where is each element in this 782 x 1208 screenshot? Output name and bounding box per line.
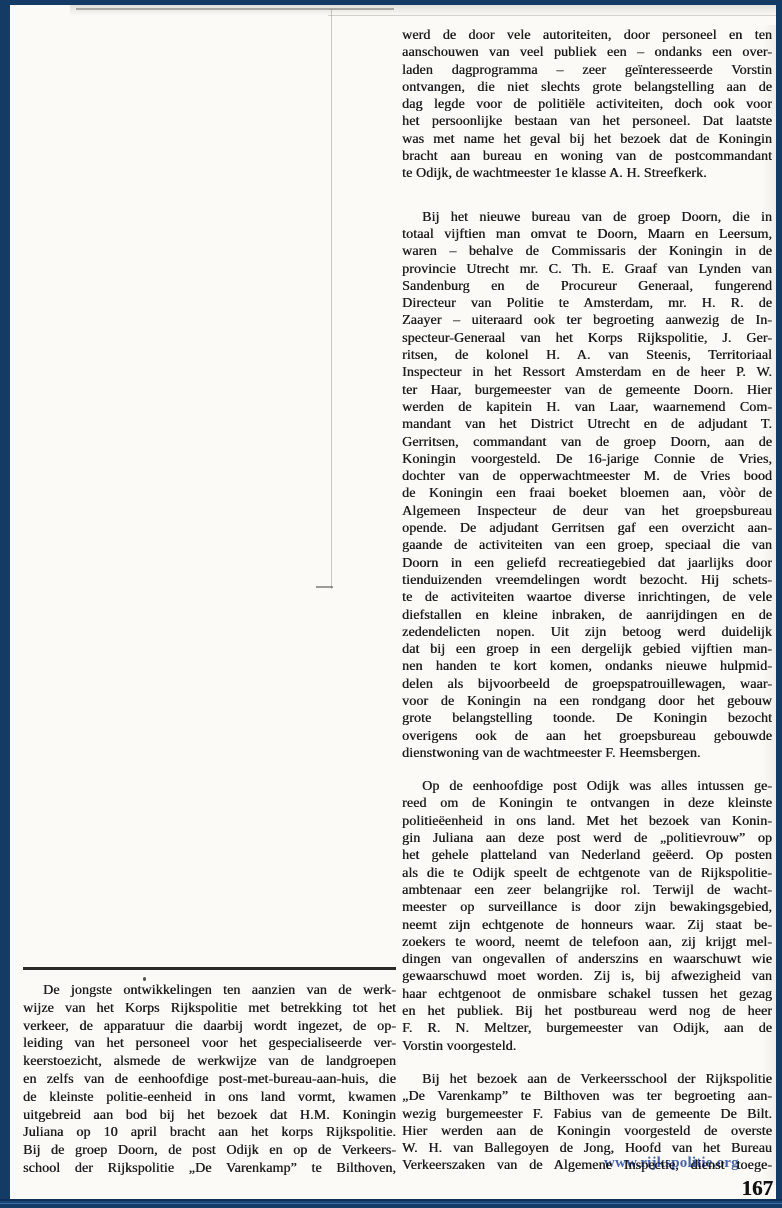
text-line: zoekers te woord, neemt de telefoon aan,… [402,934,772,951]
text-line: Juliana op 10 april bracht aan het korps… [23,1124,396,1142]
text-line: werden de kapitein H. van Laar, waarneme… [402,399,772,416]
text-line: mandant van het District Utrecht en de a… [402,416,772,433]
scan-border-left [0,0,10,1208]
text-line: De jongste ontwikkelingen ten aanzien va… [23,982,396,1000]
text-line: neemt zijn echtgenote de honneurs waar. … [402,917,772,934]
text-line: diefstallen en kleine inbraken, de aanri… [402,607,772,624]
text-line: dienstwoning van de wachtmeester F. Heem… [402,745,772,762]
text-line: meester op surveillance is door zijn bew… [402,899,772,916]
text-line: was met name het geval bij het bezoek da… [402,131,772,148]
text-line: bracht aan bureau en woning van de postc… [402,148,772,165]
text-line: en het publiek. Bij het postbureau werd … [402,1003,772,1020]
text-line: de Koningin een fraai boeket bloemen aan… [402,485,772,502]
text-line: werd de door vele autoriteiten, door per… [402,27,772,44]
scan-artifact-top-line [76,8,394,10]
text-line: Doorn in een geliefd recreatiegebied dat… [402,555,772,572]
page-number: 167 [742,1176,774,1201]
watermark: www.rijkspolitie.org [604,1155,739,1172]
text-line: nen handen te kort komen, ondanks nieuwe… [402,658,772,675]
text-line: Bij het bezoek aan de Verkeersschool der… [402,1071,772,1088]
text-line: delen als bijvoorbeeld de groepspatrouil… [402,676,772,693]
scan-artifact-step-line [328,15,776,16]
text-line: waren – behalve de Commissaris der Konin… [402,243,772,260]
text-line: gewaarschuwd moet worden. Zij is, bij af… [402,968,772,985]
text-line: ambtenaar een zeer belangrijke rol. Terw… [402,882,772,899]
text-line: het gehele platteland van Nederland geëe… [402,847,772,864]
text-line: provincie Utrecht mr. C. Th. E. Graaf va… [402,261,772,278]
text-line: Vorstin voorgesteld. [402,1038,772,1055]
text-line: Directeur van Politie te Amsterdam, mr. … [402,295,772,312]
scan-border-right [776,0,782,1208]
text-line: de kleinste politie-eenheid in ons land … [23,1089,396,1107]
paragraph: werd de door vele autoriteiten, door per… [402,27,772,183]
right-column-text: werd de door vele autoriteiten, door per… [402,27,772,1175]
text-line: haar echtgenoot de onmisbare schakel tus… [402,986,772,1003]
text-line: Inspecteur in het Ressort Amsterdam en d… [402,364,772,381]
text-line: te Odijk, de wachtmeester 1e klasse A. H… [402,165,772,182]
left-column: De jongste ontwikkelingen ten aanzien va… [23,982,396,1178]
text-line: Sandenburg en de Procureur Generaal, fun… [402,278,772,295]
text-line: school der Rijkspolitie „De Varenkamp” t… [23,1160,396,1178]
text-line: Koningin voorgesteld. De 16-jarige Conni… [402,451,772,468]
paragraph: De jongste ontwikkelingen ten aanzien va… [23,982,396,1178]
text-line: gin Juliana aan deze post werd de „polit… [402,830,772,847]
text-line: ter Haar, burgemeester van de gemeente D… [402,382,772,399]
scan-border-bottom [0,1199,782,1208]
right-column: werd de door vele autoriteiten, door per… [402,27,772,1175]
section-divider-rule [23,967,396,970]
text-line: leiding van het personeel voor het gespe… [23,1035,396,1053]
text-line: Bij het nieuwe bureau van de groep Doorn… [402,209,772,226]
text-line: het persoonlijke bestaan van het persone… [402,113,772,130]
text-line: tienduizenden vreemdelingen wordt bezoch… [402,572,772,589]
text-line: wijze van het Korps Rijkspolitie met bet… [23,1000,396,1018]
text-line: overigens ook de aan het groepsbureau ge… [402,728,772,745]
text-line: grote belangstelling toonde. De Koningin… [402,710,772,727]
text-line: ontvangen, die niet slechts grote belang… [402,79,772,96]
text-line: Hier werden aan de Koningin voorgesteld … [402,1123,772,1140]
text-line: Op de eenhoofdige post Odijk was alles i… [402,778,772,795]
text-line: politieëenheid in ons land. Met het bezo… [402,813,772,830]
scan-artifact-dash [316,586,333,588]
text-line: dat bij een groep in een dergelijk gebie… [402,641,772,658]
text-line: keerstoezicht, alsmede de werkwijze van … [23,1053,396,1071]
text-line: dingen van ongevallen of anderszins en w… [402,951,772,968]
text-line: Bij de groep Doorn, de post Odijk en op … [23,1142,396,1160]
text-line: „De Varenkamp” te Bilthoven was ter begr… [402,1088,772,1105]
scanned-page: De jongste ontwikkelingen ten aanzien va… [10,5,776,1199]
text-line: dag legde voor de politiële activiteiten… [402,96,772,113]
text-line: reed om de Koningin te ontvangen in deze… [402,795,772,812]
text-line: te de activiteiten waartoe diverse inric… [402,589,772,606]
text-line: aanschouwen van veel publiek een – ondan… [402,44,772,61]
text-line: verkeer, de apparatuur die daarbij wordt… [23,1018,396,1036]
text-line: Algemeen Inspecteur de deur van het groe… [402,503,772,520]
text-line: en zelfs van de eenhoofdige post-met-bur… [23,1071,396,1089]
scan-artifact-vertical-line [331,9,332,589]
text-line: voor de Koningin na een rondgang door he… [402,693,772,710]
text-line: als die te Odijk speelt de echtgenote va… [402,865,772,882]
text-line: zedendelicten nopen. Uit zijn betoog wer… [402,624,772,641]
text-line: Gerritsen, commandant van de groep Doorn… [402,434,772,451]
text-line: ritsen, de kolonel H. A. van Steenis, Te… [402,347,772,364]
paragraph: Bij het nieuwe bureau van de groep Doorn… [402,209,772,763]
scan-artifact-dot [143,977,146,981]
text-line: specteur-Generaal van het Korps Rijkspol… [402,330,772,347]
text-line: totaal vijftien man omvat te Doorn, Maar… [402,226,772,243]
text-line: Zaayer – uiteraard ook ter begroeting aa… [402,312,772,329]
text-line: opende. De adjudant Gerritsen gaf een ov… [402,520,772,537]
paragraph: Op de eenhoofdige post Odijk was alles i… [402,778,772,1055]
text-line: laden dagprogramma – zeer geïnteresseerd… [402,62,772,79]
left-column-text: De jongste ontwikkelingen ten aanzien va… [23,982,396,1178]
text-line: wezig burgemeester F. Fabius van de geme… [402,1106,772,1123]
text-line: F. R. N. Meltzer, burgemeester van Odijk… [402,1020,772,1037]
text-line: uitgebreid aan bod bij het bezoek dat H.… [23,1107,396,1125]
text-line: gaande de activiteiten van een groep, sp… [402,537,772,554]
text-line: dochter van de opperwachtmeester M. de V… [402,468,772,485]
